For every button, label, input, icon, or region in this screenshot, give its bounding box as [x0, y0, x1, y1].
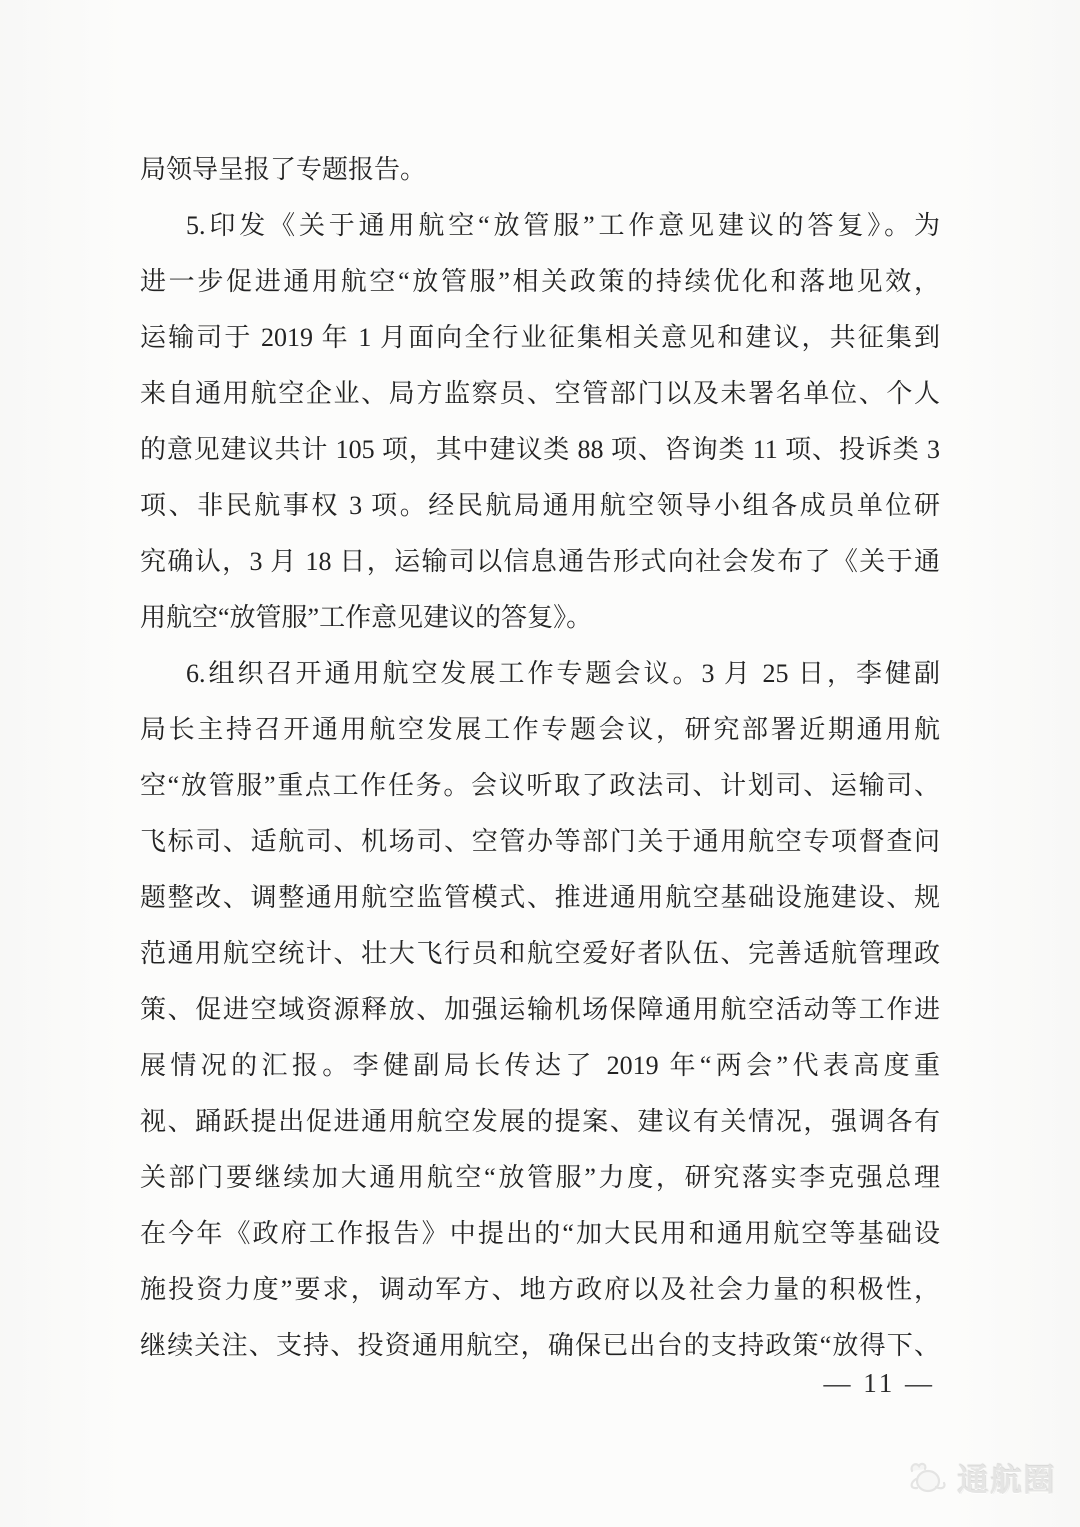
text-line: 局长主持召开通用航空发展工作专题会议，研究部署近期通用航	[140, 702, 940, 758]
watermark: 通航圈	[906, 1455, 1056, 1500]
text-line: 题整改、调整通用航空监管模式、推进通用航空基础设施建设、规	[140, 870, 940, 926]
document-page: 局领导呈报了专题报告。5.印发《关于通用航空“放管服”工作意见建议的答复》。为进…	[0, 0, 1080, 1527]
text-line: 6.组织召开通用航空发展工作专题会议。3 月 25 日，李健副	[140, 646, 940, 702]
text-line: 运输司于 2019 年 1 月面向全行业征集相关意见和建议，共征集到	[140, 310, 940, 366]
text-line: 局领导呈报了专题报告。	[140, 142, 940, 198]
watermark-label: 通航圈	[957, 1455, 1056, 1500]
text-line: 视、踊跃提出促进通用航空发展的提案、建议有关情况，强调各有	[140, 1094, 940, 1150]
text-line: 空“放管服”重点工作任务。会议听取了政法司、计划司、运输司、	[140, 758, 940, 814]
text-line: 项、非民航事权 3 项。经民航局通用航空领导小组各成员单位研	[140, 478, 940, 534]
text-line: 进一步促进通用航空“放管服”相关政策的持续优化和落地见效，	[140, 254, 940, 310]
text-line: 来自通用航空企业、局方监察员、空管部门以及未署名单位、个人	[140, 366, 940, 422]
text-line: 展情况的汇报。李健副局长传达了 2019 年“两会”代表高度重	[140, 1038, 940, 1094]
text-line: 范通用航空统计、壮大飞行员和航空爱好者队伍、完善适航管理政	[140, 926, 940, 982]
text-line: 关部门要继续加大通用航空“放管服”力度，研究落实李克强总理	[140, 1150, 940, 1206]
text-line: 的意见建议共计 105 项，其中建议类 88 项、咨询类 11 项、投诉类 3	[140, 422, 940, 478]
text-line: 策、促进空域资源释放、加强运输机场保障通用航空活动等工作进	[140, 982, 940, 1038]
page-number: — 11 —	[824, 1366, 936, 1400]
text-line: 在今年《政府工作报告》中提出的“加大民用和通用航空等基础设	[140, 1206, 940, 1262]
text-line: 施投资力度”要求，调动军方、地方政府以及社会力量的积极性，	[140, 1262, 940, 1318]
text-line: 飞标司、适航司、机场司、空管办等部门关于通用航空专项督查问	[140, 814, 940, 870]
tonghangquan-logo-icon	[906, 1457, 952, 1499]
text-line: 用航空“放管服”工作意见建议的答复》。	[140, 590, 940, 646]
text-line: 继续关注、支持、投资通用航空，确保已出台的支持政策“放得下、	[140, 1318, 940, 1374]
text-line: 究确认，3 月 18 日，运输司以信息通告形式向社会发布了《关于通	[140, 534, 940, 590]
text-line: 5.印发《关于通用航空“放管服”工作意见建议的答复》。为	[140, 198, 940, 254]
document-body: 局领导呈报了专题报告。5.印发《关于通用航空“放管服”工作意见建议的答复》。为进…	[140, 142, 940, 1374]
